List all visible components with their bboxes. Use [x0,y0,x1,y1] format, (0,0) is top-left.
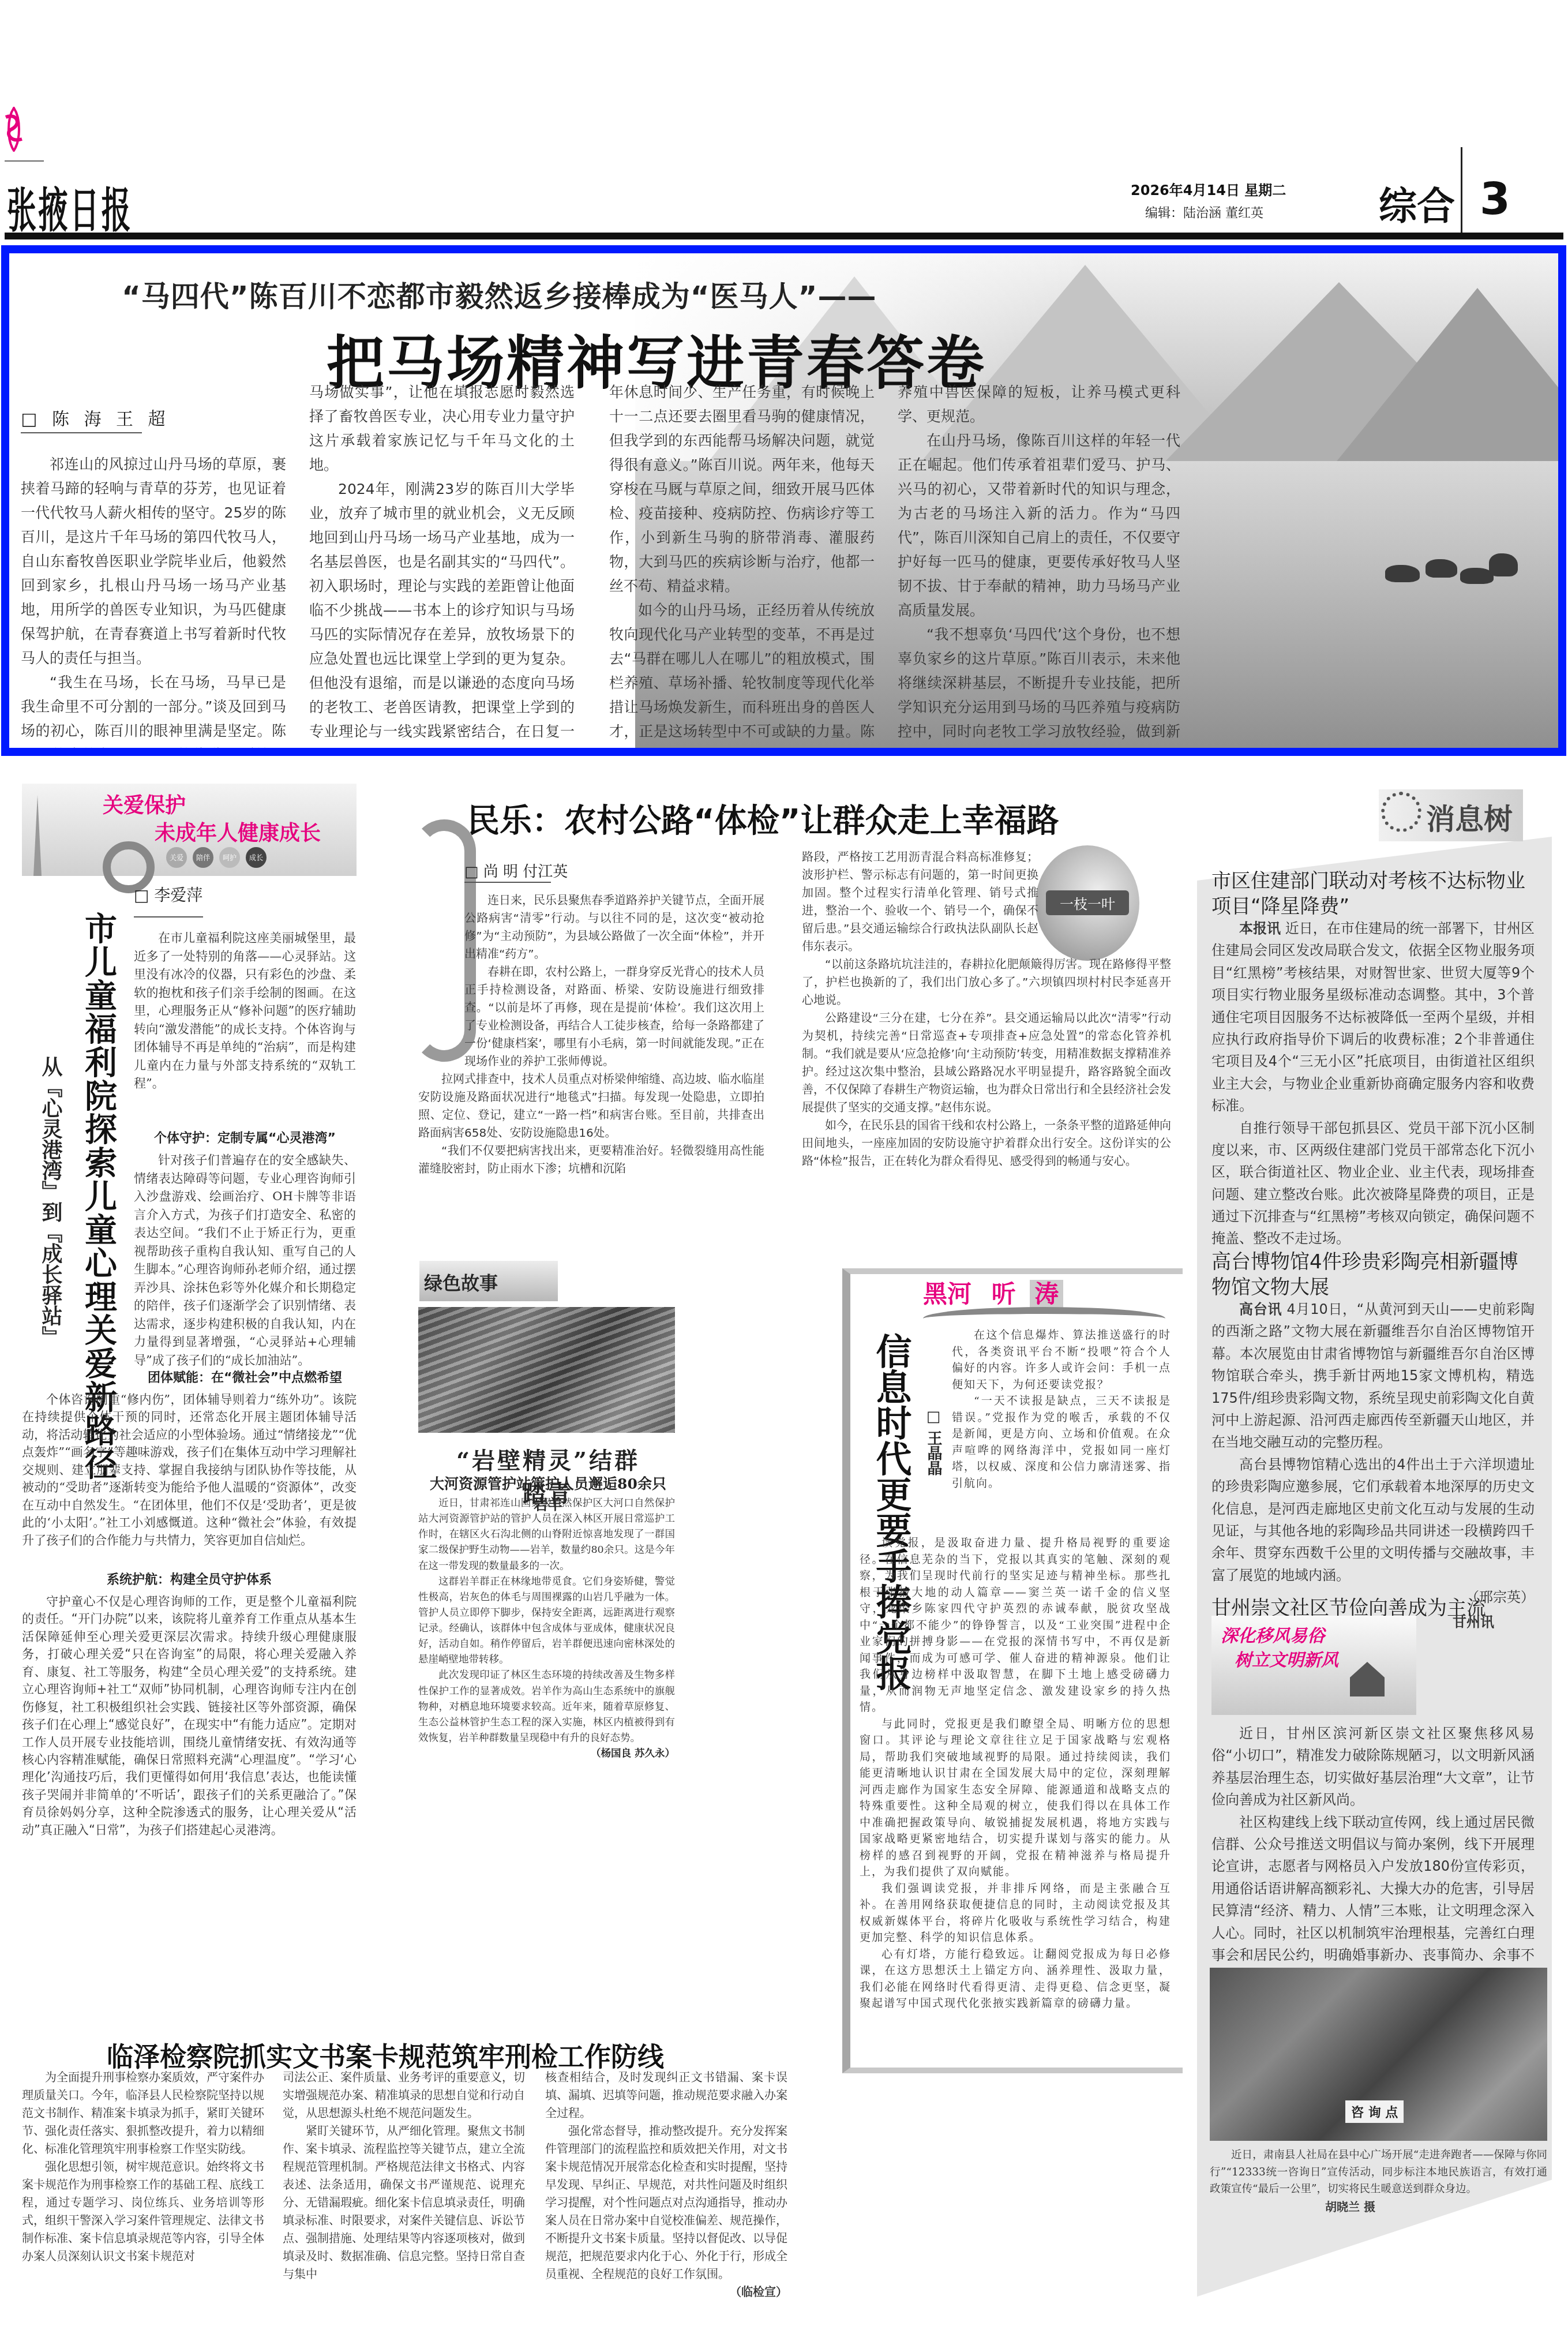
lead-paragraph: “我不想辜负‘马四代’这个身份，也不想辜负家乡的这片草原。”陈百川表示，未来他将… [898,623,1180,756]
welfare-banner: 关爱保护 未成年人健康成长 关爱 陪伴 呵护 成长 [22,784,357,876]
procuratorate-paragraph: 为全面提升刑事检察办案质效，严守案件办理质量关口。今年，临泽县人民检察院坚持以规… [22,2069,264,2158]
dateline: 2026年4月14日 星期二 [1131,179,1286,199]
welfare-paragraph: 个体咨询侧重“修内伤”，团体辅导则着力“练外功”。该院在持续提供个体干预的同时，… [22,1391,357,1549]
opinion-column-bottom: 读党报，是汲取奋进力量、提升格局视野的重要途径。在信息芜杂的当下，党报以其真实的… [860,1535,1171,2012]
welfare-badges: 关爱 陪伴 呵护 成长 [166,847,267,868]
consultation-photo: 咨 询 点 [1210,1968,1547,2141]
news-item-1-body: 本报讯 近日，在市住建局的统一部署下，甘州区住建局会同区发改局联合发文，依据全区… [1211,917,1535,1250]
lead-column-2: 马场做实事”，让他在填报志愿时毅然选择了畜牧兽医专业，决心用专业力量守护这片承载… [309,380,575,756]
procuratorate-paragraph: 司法公正、案件质量、业务考评的重要意义，切实增强规范办案、精准填录的思想自觉和行… [283,2069,525,2122]
lead-byline: □ 陈 海 王 超 [21,405,170,430]
welfare-section-1: 针对孩子们普遍存在的安全感缺失、情绪表达障碍等问题，专业心理咨询师引入沙盘游戏、… [134,1151,356,1369]
green-body: 近日，甘肃祁连山国家级自然保护区大河口自然保护站大河资源管护站的管护人员在深入林… [418,1496,675,1762]
house-icon [1350,1662,1385,1696]
news-item-3-lead: 甘州讯 [1453,1614,1494,1630]
welfare-section-3: 守护童心不仅是心理咨询师的工作，更是整个儿童福利院的责任。“开门办院”以来，该院… [22,1593,357,1838]
procuratorate-column-3: 核查相结合，及时发现纠正文书错漏、案卡误填、漏填、迟填等问题，推动规范要求融入办… [545,2069,787,2301]
green-paragraph: 近日，甘肃祁连山国家级自然保护区大河口自然保护站大河资源管护站的管护人员在深入林… [418,1496,675,1574]
welfare-paragraph: 在市儿童福利院这座美丽城堡里，最近多了一处特别的角落——心灵驿站。这里没有冰冷的… [134,929,356,1093]
welfare-byline-rule [134,916,203,917]
rock-sheep-photo [418,1307,675,1433]
news-paragraph: 高台县博物馆精心选出的4件出土于六洋坝遗址的珍贵彩陶应邀参展，它们承载着本地深厚… [1211,1454,1535,1586]
consultation-sign: 咨 询 点 [1345,2100,1404,2123]
news-tree-banner: 消息树 [1379,789,1523,841]
news-item-2-lead: 高台讯 [1239,1301,1282,1317]
masthead: 张掖日报 [7,173,133,241]
road-column-1: 连日来，民乐县聚焦春季道路养护关键节点，全面开展公路病害“清零”行动。与以往不同… [418,892,764,1178]
opinion-paragraph: 心有灯塔，方能行稳致远。让翻阅党报成为每日必修课，在这方思想沃土上锚定方向、涵养… [860,1946,1171,2012]
road-byline: □ 尚 明 付江英 [464,860,568,881]
wave-icon [923,1307,1165,1330]
opinion-paragraph: “一天不读报是缺点，三天不读报是错误。”党报作为党的喉舌，承载的不仅是新闻，更是… [952,1393,1171,1492]
news-item-1-lead: 本报讯 [1239,920,1281,937]
procuratorate-paragraph: 强化思想引领，树牢规范意识。始终将文书案卡规范作为刑事检察工作的基础工程、底线工… [22,2158,264,2265]
lead-kicker: “马四代”陈百川不恋都市毅然返乡接棒成为“医马人”—— [122,274,876,315]
news-tree-label: 消息树 [1426,796,1513,838]
lead-paragraph: 祁连山的风掠过山丹马场的草原，裹挟着马蹄的轻响与青草的芬芳，也见证着一代代牧马人… [21,452,286,671]
green-story-banner-label: 绿色故事 [424,1269,498,1295]
green-story-banner: 绿色故事 [419,1261,558,1301]
badge-protect: 呵护 [219,847,240,868]
procuratorate-credit: （临检宣） [545,2283,787,2301]
road-paragraph: 路段，严格按工艺用沥青混合料高标准修复；波形护栏、警示标志有问题的，第一时间更换… [802,848,1171,956]
road-paragraph: 如今，在民乐县的国省干线和农村公路上，一条条平整的道路延伸向田间地头，一座座加固… [802,1117,1171,1170]
lead-paragraph: 如今的山丹马场，正经历着从传统放牧向现代化马产业转型的变革，不再是过去“马群在哪… [609,598,875,756]
welfare-paragraph: 守护童心不仅是心理咨询师的工作，更是整个儿童福利院的责任。“开门办院”以来，该院… [22,1593,357,1838]
news-item-2-title: 高台博物馆4件珍贵彩陶亮相新疆博物馆文物大展 [1211,1249,1535,1300]
procuratorate-paragraph: 紧盯关键环节，从严细化管理。聚焦文书制作、案卡填录、流程监控等关键节点，建立全流… [283,2122,525,2283]
page-number: 3 [1480,173,1510,224]
welfare-section-2: 个体咨询侧重“修内伤”，团体辅导则着力“练外功”。该院在持续提供个体干预的同时，… [22,1391,357,1549]
road-paragraph: “我们不仅要把病害找出来，更要精准治好。轻微裂缝用高性能灌缝胶密封，防止雨水下渗… [418,1142,764,1178]
road-paragraph: 公路建设“三分在建，七分在养”。县交通运输局以此次“清零”行动为契机，持续完善“… [802,1009,1171,1117]
badge-grow: 成长 [246,847,267,868]
welfare-subhead-3: 系统护航：构建全员守护体系 [22,1570,357,1587]
welfare-subhead-2: 团体赋能：在“微社会”中点燃希望 [134,1368,356,1385]
road-paragraph: “以前这条路坑坑洼洼的，春耕拉化肥颠簸得厉害。现在路修得平整了，护栏也换新的了，… [802,956,1171,1009]
news-item-3-intro: 甘州讯 [1425,1611,1535,1633]
road-byline-rule [464,882,551,883]
procuratorate-paragraph: 强化常态督导，推动整改提升。充分发挥案件管理部门的流程监控和质效把关作用，对文书… [545,2122,787,2283]
header-rule [5,233,1563,239]
green-paragraph: 这群岩羊群正在林缘地带觅食。它们身姿矫健，警觉性极高，岩灰色的体毛与周围裸露的山… [418,1574,675,1668]
civility-banner-line2: 树立文明新风 [1235,1646,1338,1671]
opinion-banner-b: 听 [992,1280,1016,1308]
lead-paragraph: 年休息时间少、生产任务重，有时候晚上十一二点还要去圈里看马驹的健康情况，但我学到… [609,380,875,598]
road-paragraph: 连日来，民乐县聚焦春季道路养护关键节点，全面开展公路病害“清零”行动。与以往不同… [418,892,764,963]
opinion-paragraph: 与此同时，党报更是我们瞭望全局、明晰方位的思想窗口。其评论与理论文章往往立足于国… [860,1716,1171,1881]
tech-tree-icon [1381,792,1421,832]
welfare-subtitle: 从『心灵港湾』到『成长驿站』 [36,1056,65,1347]
newspaper-logo-icon [5,107,23,152]
news-paragraph: 近日，甘州区滨河新区崇文社区聚焦移风易俗“小切口”，精准发力破除陈规陋习，以文明… [1211,1722,1535,1811]
news-paragraph: 近日，在市住建局的统一部署下，甘州区住建局会同区发改局联合发文，依据全区物业服务… [1211,920,1535,1114]
badge-company: 陪伴 [193,847,213,868]
civility-banner: 深化移风易俗 树立文明新风 [1211,1616,1416,1715]
opinion-column-top: 在这个信息爆炸、算法推送盛行的时代，各类资讯平台不断“投喂”符合个人偏好的内容。… [952,1327,1171,1492]
welfare-paragraph: 针对孩子们普遍存在的安全感缺失、情绪表达障碍等问题，专业心理咨询师引入沙盘游戏、… [134,1151,356,1369]
lead-column-1: 祁连山的风掠过山丹马场的草原，裹挟着马蹄的轻响与青草的芬芳，也见证着一代代牧马人… [21,452,286,756]
badge-care: 关爱 [166,847,187,868]
procuratorate-column-1: 为全面提升刑事检察办案质效，严守案件办理质量关口。今年，临泽县人民检察院坚持以规… [22,2069,264,2265]
procuratorate-paragraph: 核查相结合，及时发现纠正文书错漏、案卡误填、漏填、迟填等问题，推动规范要求融入办… [545,2069,787,2122]
news-paragraph: 4月10日，“从黄河到天山——史前彩陶的西渐之路”文物大展在新疆维吾尔自治区博物… [1211,1301,1535,1450]
editors: 编辑：陆治涵 董红英 [1145,203,1263,221]
opinion-paragraph: 我们强调读党报，并非排斥网络，而是主张融合互补。在善用网络获取便捷信息的同时，主… [860,1881,1171,1946]
road-column-2: 路段，严格按工艺用沥青混合料高标准修复；波形护栏、警示标志有问题的，第一时间更换… [802,848,1171,1170]
green-paragraph: 此次发现印证了林区生态环境的持续改善及生物多样性保护工作的显著成效。岩羊作为高山… [418,1668,675,1746]
road-title: 民乐：农村公路“体检”让群众走上幸福路 [467,795,1059,841]
welfare-byline: □ 李爱萍 [134,883,202,906]
opinion-banner-a: 黑河 [923,1280,971,1308]
road-paragraph: 春耕在即，农村公路上，一群身穿反光背心的技术人员正手持检测设备，对路面、桥梁、安… [418,963,764,1070]
opinion-banner-c: 涛 [1030,1280,1063,1308]
news-paragraph: 自推行领导干部包抓县区、党员干部下沉小区制度以来，市、区两级住建部门党员干部常态… [1211,1117,1535,1250]
lead-column-4: 养殖中兽医保障的短板，让养马模式更科学、更规范。 在山丹马场，像陈百川这样的年轻… [898,380,1180,756]
road-paragraph: 拉网式排查中，技术人员重点对桥梁伸缩缝、高边坡、临水临崖安防设施及路面状况进行“… [418,1070,764,1142]
photo-caption-text: 近日，肃南县人社局在县中心广场开展“走进奔跑者——保障与你同行”“12333统一… [1210,2147,1547,2198]
welfare-banner-line1: 关爱保护 [103,789,186,819]
section-name: 综合 [1379,175,1455,230]
news-item-2-body: 高台讯 4月10日，“从黄河到天山——史前彩陶的西渐之路”文物大展在新疆维吾尔自… [1211,1298,1535,1608]
opinion-paragraph: 在这个信息爆炸、算法推送盛行的时代，各类资讯平台不断“投喂”符合个人偏好的内容。… [952,1327,1171,1393]
lead-paragraph: 在山丹马场，像陈百川这样的年轻一代正在崛起。他们传承着祖辈们爱马、护马、兴马的初… [898,429,1180,623]
lead-story: “马四代”陈百川不恋都市毅然返乡接棒成为“医马人”—— 把马场精神写进青春答卷 … [1,245,1566,756]
opinion-banner: 黑河 听 涛 [923,1275,1063,1310]
green-credit: （杨国良 苏久永） [418,1746,675,1762]
lead-paragraph: 马场做实事”，让他在填报志愿时毅然选择了畜牧兽医专业，决心用专业力量守护这片承载… [309,380,575,477]
section-divider [1461,147,1462,239]
lead-paragraph: 养殖中兽医保障的短板，让养马模式更科学、更规范。 [898,380,1180,429]
welfare-subhead-1: 个体守护：定制专属“心灵港湾” [134,1128,356,1146]
tree-icon [33,795,42,876]
photo-caption: 近日，肃南县人社局在县中心广场开展“走进奔跑者——保障与你同行”“12333统一… [1210,2147,1547,2216]
welfare-intro: 在市儿童福利院这座美丽城堡里，最近多了一处特别的角落——心灵驿站。这里没有冰冷的… [134,929,356,1093]
lead-column-3: 年休息时间少、生产任务重，有时候晚上十一二点还要去圈里看马驹的健康情况，但我学到… [609,380,875,756]
lead-byline-rule [21,432,142,433]
civility-banner-line1: 深化移风易俗 [1221,1621,1325,1647]
procuratorate-column-2: 司法公正、案件质量、业务考评的重要意义，切实增强规范办案、精准填录的思想自觉和行… [283,2069,525,2283]
photo-credit: 胡晓兰 摄 [1210,2198,1547,2216]
opinion-paragraph: 读党报，是汲取奋进力量、提升格局视野的重要途径。在信息芜杂的当下，党报以其真实的… [860,1535,1171,1716]
opinion-byline: □ 王晶晶 [923,1408,944,1475]
lead-paragraph: “我生在马场，长在马场，马早已是我生命里不可分割的一部分。”谈及回到马场的初心，… [21,671,286,756]
welfare-banner-line2: 未成年人健康成长 [155,817,321,847]
news-item-1-title: 市区住建部门联动对考核不达标物业项目“降星降费” [1211,868,1535,919]
logo-rule [5,160,44,162]
lead-paragraph: 2024年，刚满23岁的陈百川大学毕业，放弃了城市里的就业机会，义无反顾地回到山… [309,477,575,756]
